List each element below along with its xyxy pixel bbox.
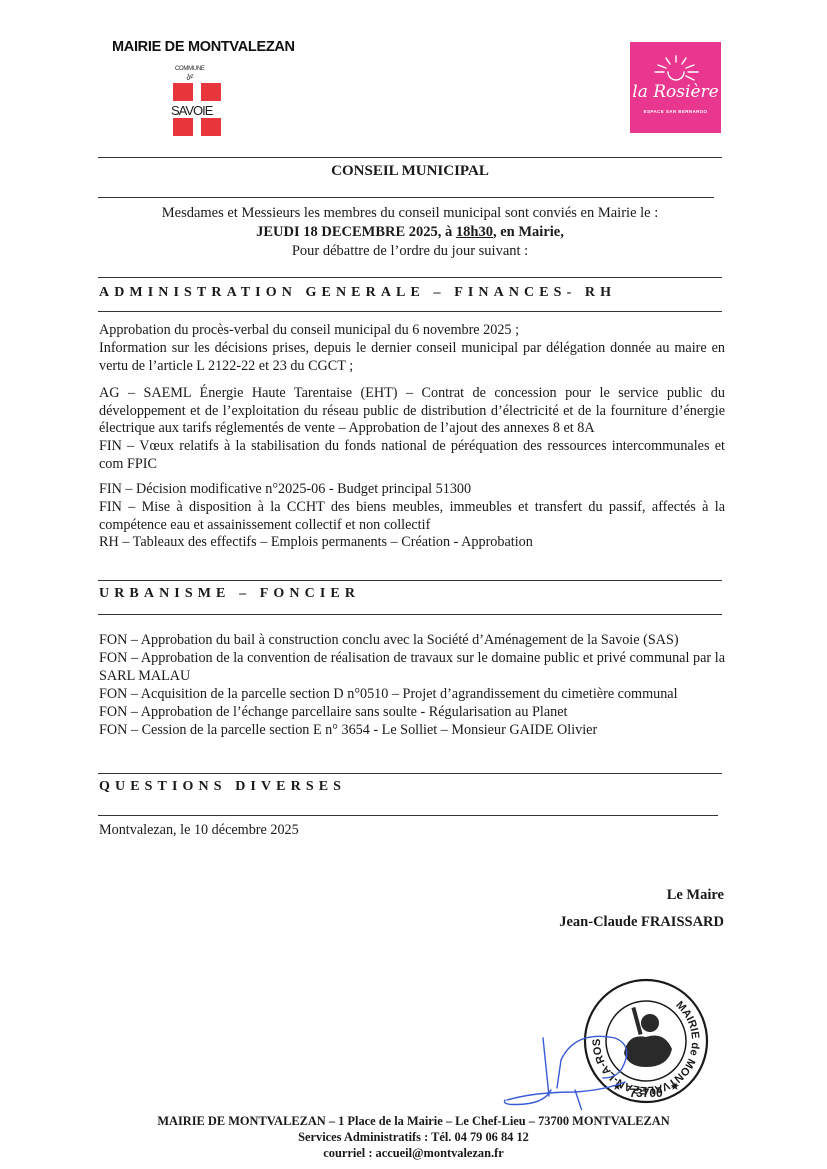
agenda-item: FON – Approbation de la convention de ré… <box>99 650 725 685</box>
mairie-title: MAIRIE DE MONTVALEZAN <box>112 39 295 55</box>
agenda-item: Information sur les décisions prises, de… <box>99 340 725 375</box>
divider <box>98 614 722 615</box>
savoie-cross-square <box>201 83 221 101</box>
savoie-cross-square <box>173 83 193 101</box>
section-title-questions-diverses: QUESTIONS DIVERSES <box>99 779 346 795</box>
signatory-role: Le Maire <box>667 887 724 904</box>
handwritten-signature <box>495 1020 635 1110</box>
footer-phone: Services Administratifs : Tél. 04 79 06 … <box>0 1130 827 1146</box>
divider <box>98 157 722 158</box>
section-title-urbanisme: URBANISME – FONCIER <box>99 586 360 602</box>
agenda-item: FIN – Décision modificative n°2025-06 - … <box>99 481 725 499</box>
agenda-item: Approbation du procès-verbal du conseil … <box>99 322 725 340</box>
agenda-item: FIN – Vœux relatifs à la stabilisation d… <box>99 438 725 473</box>
agenda-item: AG – SAEML Énergie Haute Tarentaise (EHT… <box>99 385 725 438</box>
council-title: CONSEIL MUNICIPAL <box>98 163 722 180</box>
divider <box>98 773 722 774</box>
meeting-time: 18h30 <box>456 224 493 240</box>
rosiere-name: la Rosière <box>630 82 721 102</box>
star-icon: ★ <box>670 1081 680 1093</box>
agenda-item: FON – Approbation du bail à construction… <box>99 632 725 650</box>
meeting-date: JEUDI 18 DECEMBRE 2025, à 18h30, en Mair… <box>98 224 722 241</box>
agenda-item: FON – Cession de la parcelle section E n… <box>99 722 725 740</box>
footer-email[interactable]: courriel : accueil@montvalezan.fr <box>0 1146 827 1162</box>
agenda-item: FON – Acquisition de la parcelle section… <box>99 686 725 704</box>
meeting-date-suffix: , en Mairie, <box>493 224 564 240</box>
savoie-cross-square <box>201 118 221 136</box>
section-title-administration: ADMINISTRATION GENERALE – FINANCES- RH <box>99 285 616 301</box>
agenda-item: FON – Approbation de l’échange parcellai… <box>99 704 725 722</box>
place-date: Montvalezan, le 10 décembre 2025 <box>99 822 299 839</box>
rosiere-subtitle: ESPACE SAN BERNARDO <box>630 109 721 114</box>
savoie-cross-square <box>173 118 193 136</box>
meeting-date-prefix: JEUDI 18 DECEMBRE 2025, à <box>256 224 456 240</box>
divider <box>98 197 714 198</box>
agenda-item: RH – Tableaux des effectifs – Emplois pe… <box>99 534 725 552</box>
divider <box>98 815 718 816</box>
savoie-commune-logo: COMMUNE de SAVOIE <box>170 66 224 136</box>
divider <box>98 311 722 312</box>
footer-address: MAIRIE DE MONTVALEZAN – 1 Place de la Ma… <box>0 1114 827 1130</box>
logo-de-label: de <box>184 71 195 82</box>
divider <box>98 277 722 278</box>
convocation-text: Mesdames et Messieurs les membres du con… <box>98 205 722 222</box>
logo-savoie-label: SAVOIE <box>171 103 212 118</box>
agenda-item: FIN – Mise à disposition à la CCHT des b… <box>99 499 725 534</box>
agenda-intro: Pour débattre de l’ordre du jour suivant… <box>98 243 722 260</box>
signatory-name: Jean-Claude FRAISSARD <box>559 914 724 931</box>
divider <box>98 580 722 581</box>
la-rosiere-logo: la Rosière ESPACE SAN BERNARDO <box>630 42 721 133</box>
